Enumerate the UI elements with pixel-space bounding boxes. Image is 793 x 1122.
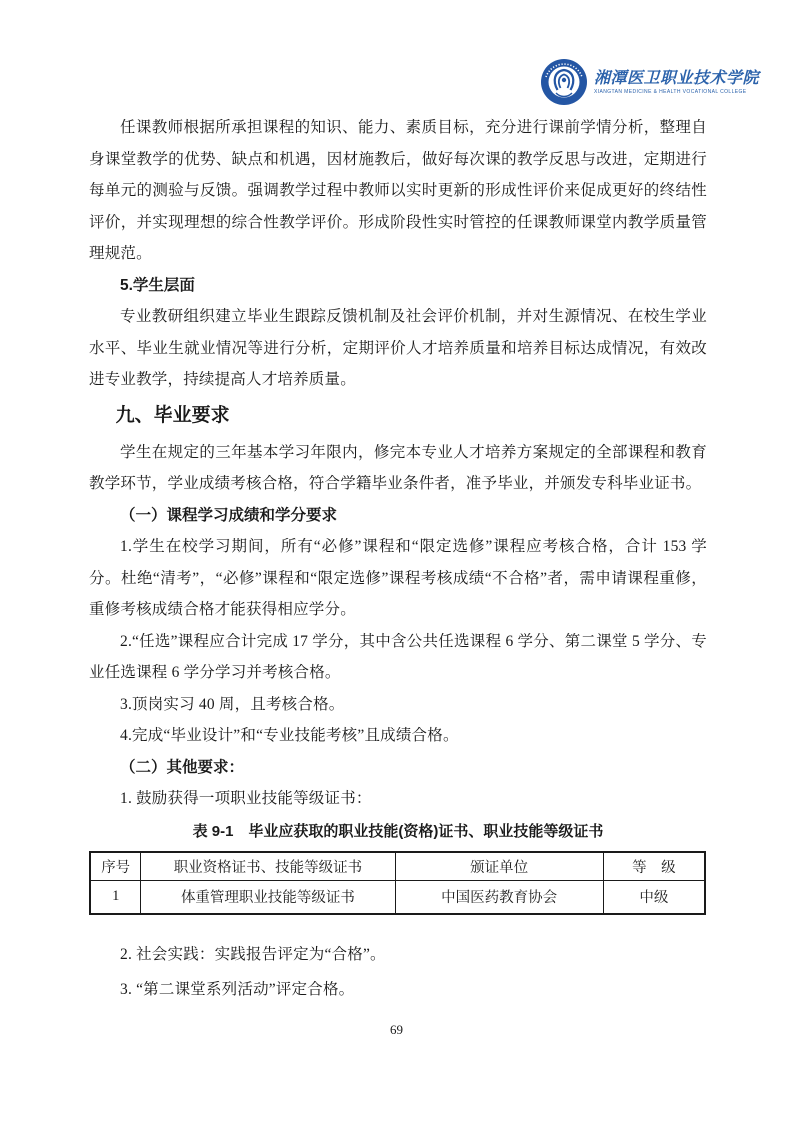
document-body: 任课教师根据所承担课程的知识、能力、素质目标，充分进行课前学情分析，整理自身课堂… (0, 0, 793, 1006)
document-page: 湘潭医卫职业技术学院 XIANGTAN MEDICINE & HEALTH VO… (0, 0, 793, 1122)
item-skill-certificate: 1. 鼓励获得一项职业技能等级证书： (89, 783, 707, 815)
table-header-row: 序号 职业资格证书、技能等级证书 颁证单位 等 级 (90, 852, 705, 881)
item-elective-credits: 2.“任选”课程应合计完成 17 学分，其中含公共任选课程 6 学分、第二课堂 … (89, 626, 707, 689)
item-internship: 3.顶岗实习 40 周，且考核合格。 (89, 689, 707, 721)
item-social-practice: 2. 社会实践：实践报告评定为“合格”。 (89, 939, 707, 971)
table-cell-no: 1 (90, 881, 141, 914)
table-cell-cert: 体重管理职业技能等级证书 (141, 881, 395, 914)
para-teacher-evaluation: 任课教师根据所承担课程的知识、能力、素质目标，充分进行课前学情分析，整理自身课堂… (89, 112, 707, 270)
college-name-block: 湘潭医卫职业技术学院 XIANGTAN MEDICINE & HEALTH VO… (594, 69, 759, 96)
heading-student-level: 5.学生层面 (89, 270, 707, 302)
para-graduation-overview: 学生在规定的三年基本学习年限内，修完本专业人才培养方案规定的全部课程和教育教学环… (89, 437, 707, 500)
table-header-cert: 职业资格证书、技能等级证书 (141, 852, 395, 881)
table-header-org: 颁证单位 (395, 852, 603, 881)
table-row: 1 体重管理职业技能等级证书 中国医药教育协会 中级 (90, 881, 705, 914)
table-header-no: 序号 (90, 852, 141, 881)
item-required-courses: 1.学生在校学习期间，所有“必修”课程和“限定选修”课程应考核合格，合计 153… (89, 531, 707, 626)
para-student-level: 专业教研组织建立毕业生跟踪反馈机制及社会评价机制，并对生源情况、在校生学业水平、… (89, 301, 707, 396)
college-logo: 湘潭医卫职业技术学院 XIANGTAN MEDICINE & HEALTH VO… (539, 57, 759, 107)
heading-graduation-requirements: 九、毕业要求 (89, 401, 707, 431)
table-cell-org: 中国医药教育协会 (395, 881, 603, 914)
table-cell-level: 中级 (603, 881, 705, 914)
heading-course-credit-requirements: （一）课程学习成绩和学分要求 (89, 500, 707, 532)
item-second-classroom: 3. “第二课堂系列活动”评定合格。 (89, 974, 707, 1006)
page-number: 69 (0, 1022, 793, 1038)
table-header-level: 等 级 (603, 852, 705, 881)
certificate-table: 序号 职业资格证书、技能等级证书 颁证单位 等 级 1 体重管理职业技能等级证书… (89, 851, 706, 915)
college-name-zh: 湘潭医卫职业技术学院 (594, 69, 759, 89)
college-emblem-icon (539, 57, 589, 107)
college-name-en: XIANGTAN MEDICINE & HEALTH VOCATIONAL CO… (594, 89, 759, 96)
table-caption: 表 9-1 毕业应获取的职业技能(资格)证书、职业技能等级证书 (89, 817, 707, 847)
item-graduation-design: 4.完成“毕业设计”和“专业技能考核”且成绩合格。 (89, 720, 707, 752)
heading-other-requirements: （二）其他要求： (89, 752, 707, 784)
